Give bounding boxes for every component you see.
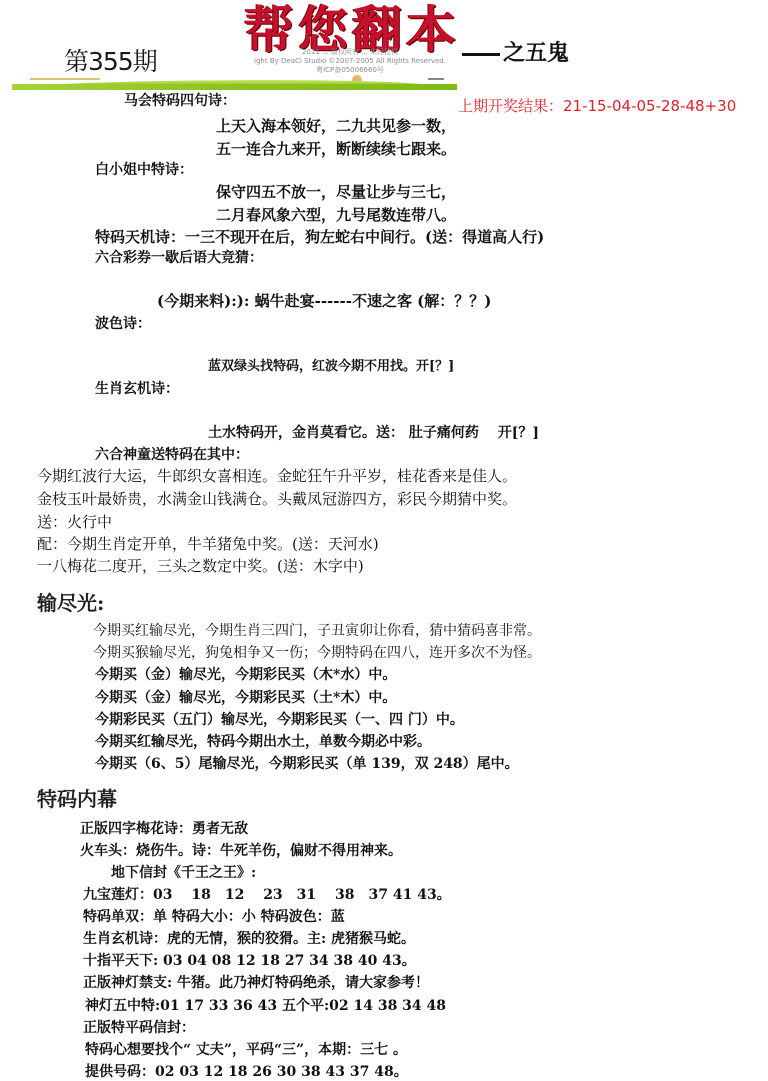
shentong-line: 一八梅花二度开，三头之数定中奖。(送：木字中) — [37, 555, 364, 577]
neimu-line: 生肖玄机诗：虎的无情，猴的狡猾。主: 虎猪猴马蛇。 — [83, 928, 415, 950]
shujinguang-line: 今期彩民买（五门）输尽光，今期彩民买（一、四 门）中。 — [95, 709, 464, 731]
xiehouyu-line: (今期来料):): 蜗牛赴宴------不速之客 (解：？？) — [157, 290, 491, 312]
banner-decoration — [428, 78, 444, 80]
poem-line: 上天入海本领好，二九共见参一数， — [216, 115, 456, 137]
copyright-line: 2011 ... 版权所有 ... 未经授权 — [230, 48, 470, 57]
shujinguang-line: 今期买红输尽光，今期生肖三四门，子丑寅卯让你看，猜中猜码喜非常。 — [93, 620, 541, 642]
neimu-line: 提供号码：02 03 12 18 26 30 38 43 37 48。 — [85, 1061, 408, 1081]
shengxiao-line: 土水特码开，金肖莫看它。送： 肚子痛何药 开[？] — [208, 422, 539, 444]
section-title-xiehouyu: 六合彩券一歇后语大竞猜： — [95, 247, 263, 269]
copyright-text: 2011 ... 版权所有 ... 未经授权 ight By DeaCi Stu… — [230, 48, 470, 75]
section-heading-neimu: 特码内幕 — [37, 783, 117, 812]
copyright-line: ight By DeaCi Studio ©2007-2005 All Righ… — [230, 57, 470, 66]
section-heading-shujinguang: 输尽光: — [37, 587, 104, 616]
neimu-line: 正版特平码信封： — [83, 1017, 195, 1039]
tianji-poem: 特码天机诗：一三不现开在后，狗左蛇右中间行。(送：得道高人行) — [95, 226, 544, 248]
shujinguang-line: 今期买红输尽光，特码今期出水土，单数今期必中彩。 — [95, 731, 431, 753]
copyright-line: 粤ICP备05006660号 — [230, 66, 470, 75]
shujinguang-line: 今期买猴输尽光，狗兔相争又一伤；今期特码在四八，连开多次不为怪。 — [93, 642, 541, 664]
shentong-line: 配：今期生肖定开单，牛羊猪兔中奖。(送：天河水) — [37, 533, 379, 555]
poem-line: 五一连合九来开，断断续续七跟来。 — [216, 138, 456, 160]
neimu-line: 正版四字梅花诗：勇者无敌 — [80, 818, 248, 840]
shentong-line: 今期红波行大运，牛郎织女喜相连。金蛇狂午升平岁，桂花香来是佳人。 — [37, 465, 517, 487]
section-title-shentong: 六合神童送特码在其中： — [95, 444, 249, 466]
neimu-line: 神灯五中特:01 17 33 36 43 五个平:02 14 38 34 48 — [85, 995, 446, 1017]
logo-subtitle-text: 之五鬼 — [503, 41, 569, 66]
section-title-baixiaojie: 白小姐中特诗： — [95, 159, 193, 181]
poem-line: 二月春风象六型，九号尾数连带八。 — [216, 204, 456, 226]
dash-divider — [462, 53, 500, 56]
logo-subtitle: 之五鬼 — [462, 36, 569, 67]
section-title-bose: 波色诗： — [95, 313, 151, 335]
neimu-line: 十指平天下: 03 04 08 12 18 27 34 38 40 43。 — [83, 950, 416, 972]
section-title-mahui: 马会特码四句诗： — [124, 90, 236, 112]
last-result-label: 上期开奖结果： — [458, 97, 563, 115]
poem-line: 保守四五不放一，尽量让步与三七， — [216, 181, 456, 203]
issue-number: 第355期 — [64, 42, 157, 78]
section-title-shengxiao: 生肖玄机诗： — [95, 378, 179, 400]
neimu-line: 特码心想要找个“ 丈夫”，平码“三”，本期：三七 。 — [85, 1039, 407, 1061]
neimu-line: 特码单双：单 特码大小：小 特码波色：蓝 — [83, 906, 345, 928]
shujinguang-line: 今期买（金）输尽光，今期彩民买（土*木）中。 — [95, 687, 396, 709]
bose-line: 蓝双绿头找特码，红波今期不用找。开[？] — [208, 356, 454, 378]
neimu-line: 地下信封《千王之王》: — [111, 862, 256, 884]
neimu-line: 火车头：烧伤牛。诗：牛死羊伤，偏财不得用神来。 — [80, 840, 402, 862]
shujinguang-line: 今期买（金）输尽光，今期彩民买（木*水）中。 — [95, 664, 396, 686]
shentong-line: 送：火行中 — [37, 511, 112, 533]
shentong-line: 金枝玉叶最娇贵，水满金山钱满仓。头戴凤冠游四方，彩民今期猜中奖。 — [37, 488, 517, 510]
last-result-value: 21-15-04-05-28-48+30 — [563, 97, 736, 115]
shujinguang-line: 今期买（6、5）尾输尽光，今期彩民买（单 139，双 248）尾中。 — [95, 753, 519, 775]
neimu-line: 正版神灯禁支: 牛猪。此乃神灯特码绝杀，请大家参考！ — [83, 972, 429, 994]
neimu-line: 九宝莲灯：03 18 12 23 31 38 37 41 43。 — [83, 884, 451, 906]
last-result: 上期开奖结果：21-15-04-05-28-48+30 — [458, 95, 736, 116]
banner-decoration — [30, 78, 100, 80]
